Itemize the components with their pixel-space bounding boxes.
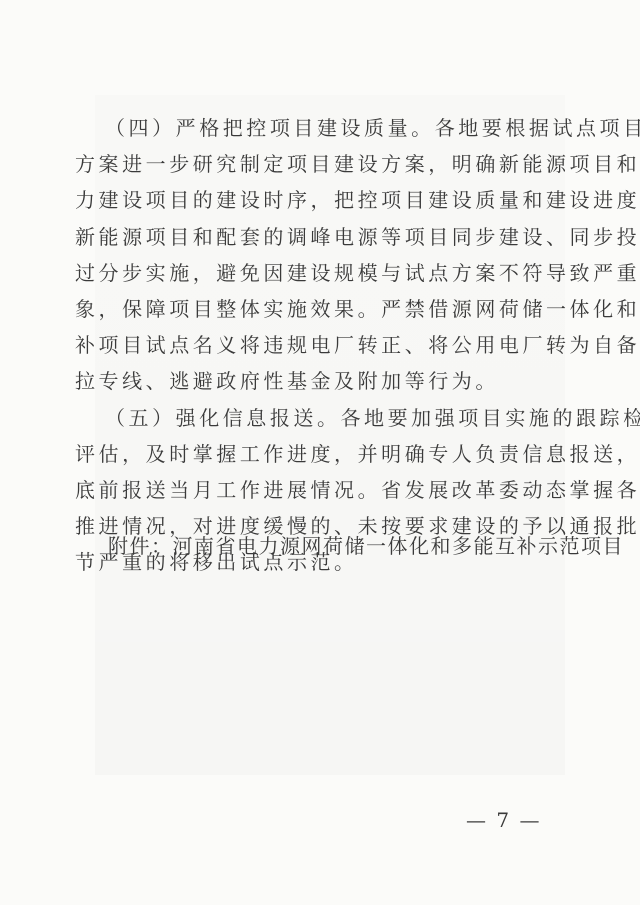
paragraph-line: 底前报送当月工作进展情况。省发展改革委动态掌握各地项目 xyxy=(75,472,549,508)
paragraph-line: （四）严格把控项目建设质量。各地要根据试点项目申报 xyxy=(75,110,549,146)
paragraph-line: 拉专线、逃避政府性基金及附加等行为。 xyxy=(75,363,549,399)
document-page: （四）严格把控项目建设质量。各地要根据试点项目申报 方案进一步研究制定项目建设方… xyxy=(0,0,640,905)
paragraph-line: 补项目试点名义将违规电厂转正、将公用电厂转为自备电厂、 xyxy=(75,327,549,363)
paragraph-line: 方案进一步研究制定项目建设方案，明确新能源项目和调峰能 xyxy=(75,146,549,182)
paragraph-line: 新能源项目和配套的调峰电源等项目同步建设、同步投产，通 xyxy=(75,219,549,255)
paragraph-line: 象，保障项目整体实施效果。严禁借源网荷储一体化和多能互 xyxy=(75,291,549,327)
body-text: （四）严格把控项目建设质量。各地要根据试点项目申报 方案进一步研究制定项目建设方… xyxy=(75,110,549,580)
page-number: — 7 — xyxy=(466,808,541,832)
paragraph-line: 力建设项目的建设时序，把控项目建设质量和建设进度，确保 xyxy=(75,182,549,218)
paragraph-line: 评估，及时掌握工作进度，并明确专人负责信息报送，每月月 xyxy=(75,436,549,472)
section-4-paragraph: （四）严格把控项目建设质量。各地要根据试点项目申报 方案进一步研究制定项目建设方… xyxy=(75,110,549,400)
paragraph-line: （五）强化信息报送。各地要加强项目实施的跟踪检查和 xyxy=(75,400,549,436)
attachment-line: 附件：河南省电力源网荷储一体化和多能互补示范项目 xyxy=(108,528,548,564)
paragraph-line: 过分步实施，避免因建设规模与试点方案不符导致严重弃电现 xyxy=(75,255,549,291)
